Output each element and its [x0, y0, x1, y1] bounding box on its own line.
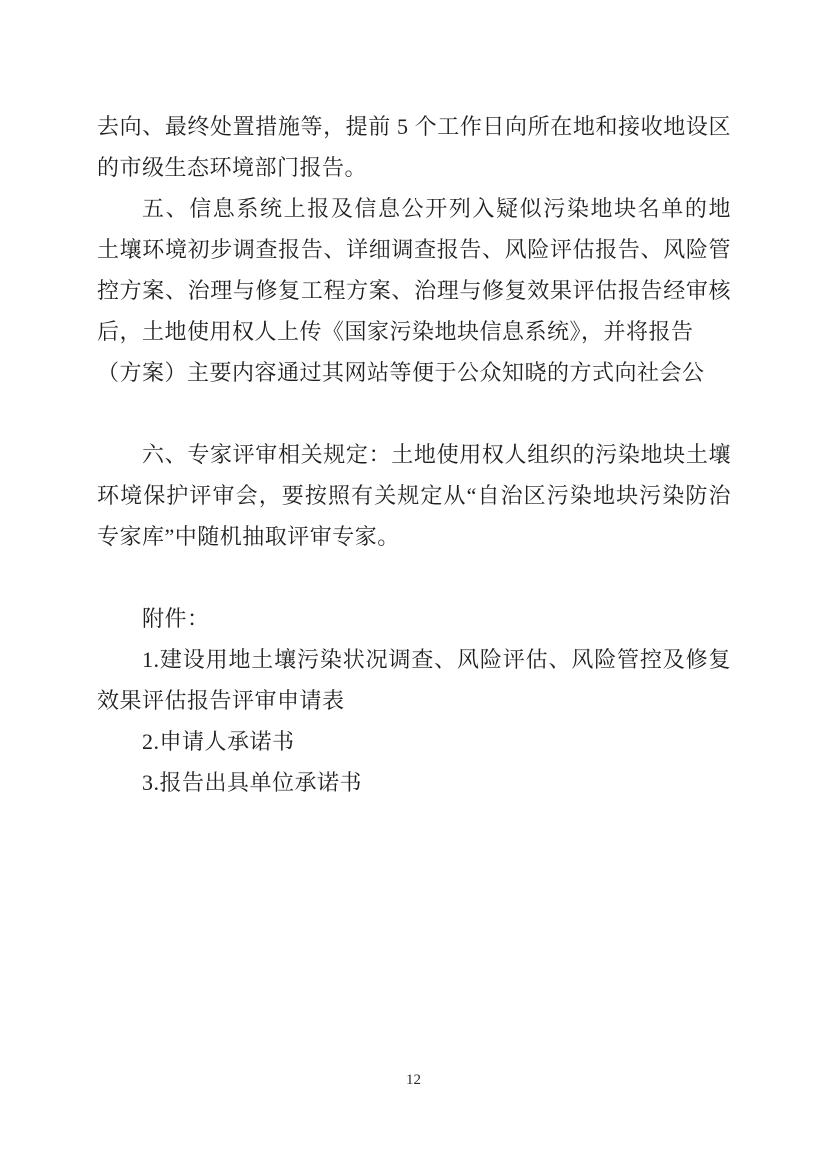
- attachments-heading: 附件：: [97, 598, 731, 639]
- document-line: 控方案、治理与修复工程方案、治理与修复效果评估报告经审核: [97, 270, 731, 311]
- attachment-item: 效果评估报告评审申请表: [97, 680, 731, 721]
- document-line: 环境保护评审会，要按照有关规定从“自治区污染地块污染防治: [97, 475, 731, 516]
- page-number: 12: [0, 1070, 827, 1090]
- document-line: 专家库”中随机抽取评审专家。: [97, 516, 731, 557]
- document-line: 五、信息系统上报及信息公开列入疑似污染地块名单的地块，: [97, 188, 731, 229]
- document-line: （方案）主要内容通过其网站等便于公众知晓的方式向社会公开。: [97, 352, 731, 393]
- attachment-item: 3.报告出具单位承诺书: [97, 762, 731, 803]
- document-line: 土壤环境初步调查报告、详细调查报告、风险评估报告、风险管: [97, 229, 731, 270]
- document-line: 后，土地使用权人上传《国家污染地块信息系统》，并将报告: [97, 311, 731, 352]
- document-line: 六、专家评审相关规定：土地使用权人组织的污染地块土壤: [97, 434, 731, 475]
- attachment-item: 1.建设用地土壤污染状况调查、风险评估、风险管控及修复: [97, 639, 731, 680]
- attachment-item: 2.申请人承诺书: [97, 721, 731, 762]
- document-line: 去向、最终处置措施等，提前 5 个工作日向所在地和接收地设区: [97, 106, 731, 147]
- document-line: 的市级生态环境部门报告。: [97, 147, 731, 188]
- document-page: 去向、最终处置措施等，提前 5 个工作日向所在地和接收地设区 的市级生态环境部门…: [0, 0, 827, 1169]
- document-body: 去向、最终处置措施等，提前 5 个工作日向所在地和接收地设区 的市级生态环境部门…: [97, 106, 731, 803]
